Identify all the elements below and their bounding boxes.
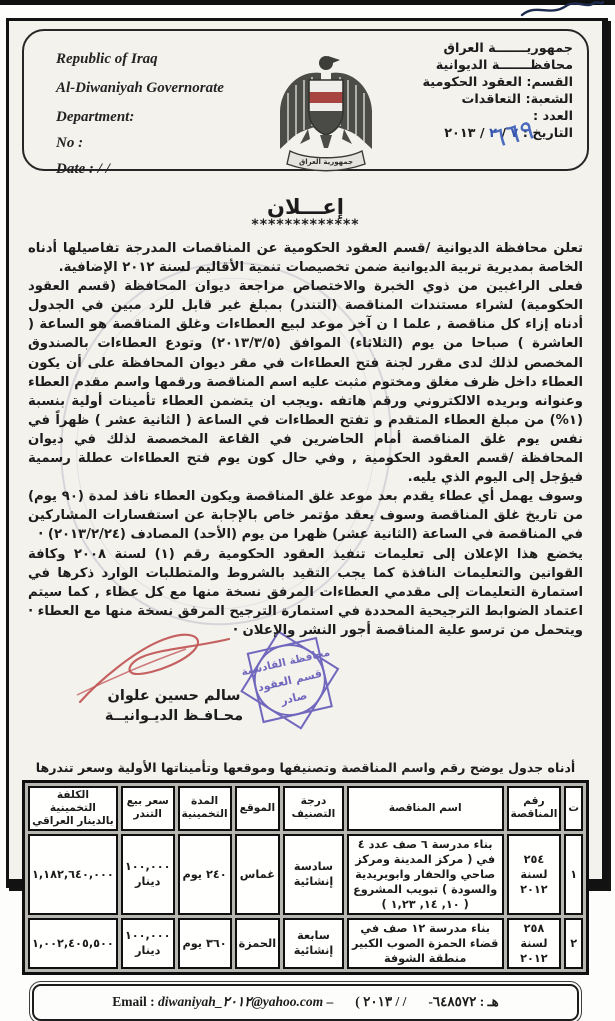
signature-block: سالم حسين علوان محـافـظ الديـوانيــة محا… — [22, 640, 589, 758]
col-tender-name: اسم المناقصة — [347, 786, 504, 831]
letterhead: Republic of Iraq Al-Diwaniyah Governorat… — [22, 29, 589, 171]
page-content: Republic of Iraq Al-Diwaniyah Governorat… — [9, 21, 602, 879]
document-page: Republic of Iraq Al-Diwaniyah Governorat… — [6, 18, 608, 888]
col-tender-no: رقم المناقصة — [507, 786, 562, 831]
col-classification: درجة التصنيف — [283, 786, 344, 831]
signatory-title: محـافـظ الديـوانيــة — [84, 708, 264, 724]
cell-classification: سادسة إنشائية — [283, 834, 344, 896]
iraq-eagle-emblem-icon: جمهورية العراق — [270, 47, 382, 175]
tenders-table: ت رقم المناقصة اسم المناقصة درجة التصنيف… — [22, 780, 589, 896]
country-name-en: Republic of Iraq — [56, 51, 224, 68]
division-line-ar: الشعبة: التعاقدات — [423, 91, 574, 108]
table-caption: أدناه جدول يوضح رقم واسم المناقصة وتصنيف… — [22, 760, 589, 775]
cell-seq: ١ — [564, 834, 583, 896]
governorate-name-ar: محافظـــــــة الديوانية — [423, 57, 574, 74]
col-location: الموقع — [235, 786, 281, 831]
paragraph-intro: تعلن محافظة الديوانية /قسم العقود الحكوم… — [28, 239, 583, 277]
table-row: ١ ٢٥٤ لسنة ٢٠١٢ بناء مدرسة ٦ صف عدد ٤ في… — [28, 834, 583, 896]
table-header-row: ت رقم المناقصة اسم المناقصة درجة التصنيف… — [28, 786, 583, 831]
paragraph-fees: ويتحمل من ترسو علية المناقصة أجور النشر … — [28, 621, 583, 640]
paragraph-validity: وسوف يهمل أي عطاء يقدم بعد موعد غلق المن… — [28, 487, 583, 544]
cell-estimated-cost: ١,١٨٢,٦٤٠,٠٠٠ — [28, 834, 118, 896]
country-name-ar: جمهوريـــــــة العراق — [423, 40, 574, 57]
cell-tender-name: بناء مدرسة ٦ صف عدد ٤ في ( مركز المدينة … — [347, 834, 504, 896]
paragraph-regulations: يخضع هذا الإعلان إلى تعليمات تنفيذ العقو… — [28, 545, 583, 621]
title-underline: ************* — [22, 217, 589, 233]
pen-scribble-icon — [520, 0, 604, 20]
paragraph-instructions: فعلى الراغبين من ذوي الخبرة والاختصاص مر… — [28, 277, 583, 487]
letterhead-english: Republic of Iraq Al-Diwaniyah Governorat… — [56, 51, 224, 187]
cell-duration: ٢٤٠ يوم — [178, 834, 232, 896]
announcement-title: إعـــلان — [22, 195, 589, 219]
governorate-name-en: Al-Diwaniyah Governorate — [56, 80, 224, 97]
cell-tender-no: ٢٥٤ لسنة ٢٠١٢ — [507, 834, 562, 896]
col-duration: المدة التخمينية — [178, 786, 232, 831]
cell-tender-price: ١٠٠,٠٠٠ دينار — [121, 834, 175, 896]
cell-location: غماس — [235, 834, 281, 896]
announcement-body: تعلن محافظة الديوانية /قسم العقود الحكوم… — [28, 239, 583, 640]
col-estimated-cost: الكلفة التخمينية بالدينار العراقي — [28, 786, 118, 831]
date-label-en: Date : / / — [56, 161, 224, 178]
col-tender-price: سعر بيع التندر — [121, 786, 175, 831]
department-label-en: Department: — [56, 109, 224, 126]
emblem-banner-text: جمهورية العراق — [299, 158, 353, 166]
number-label-en: No : — [56, 135, 224, 152]
col-seq: ت — [564, 786, 583, 831]
stamp-line3: صادر — [278, 689, 308, 708]
department-line-ar: القسم: العقود الحكومية — [423, 74, 574, 91]
